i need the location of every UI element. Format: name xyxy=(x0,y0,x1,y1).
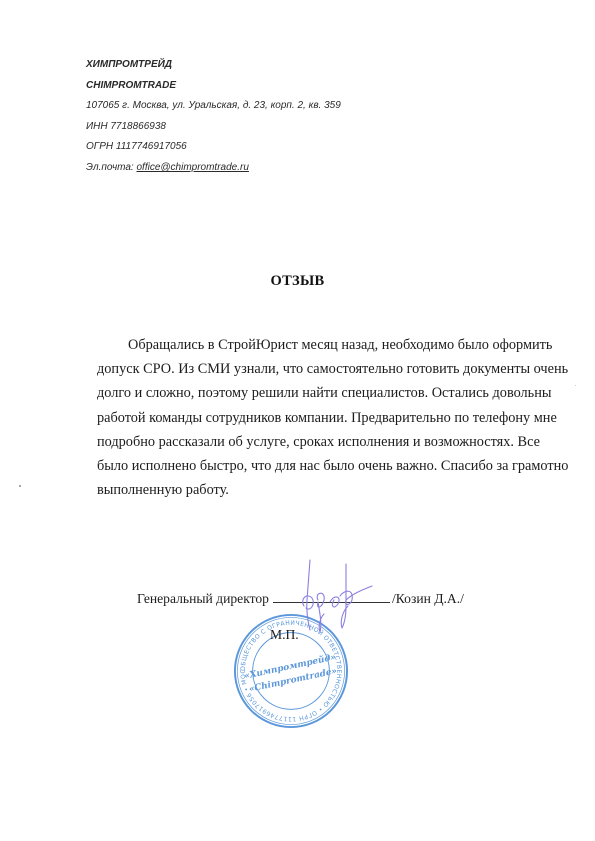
company-ogrn: ОГРН 1117746917056 xyxy=(86,137,341,158)
scan-artifact xyxy=(575,385,576,386)
document-title: ОТЗЫВ xyxy=(0,273,595,290)
company-email-row: Эл.почта: office@chimpromtrade.ru xyxy=(86,158,341,179)
body-line: работой команды сотрудников компании. Пр… xyxy=(97,406,567,430)
handwritten-signature-icon xyxy=(296,556,376,634)
company-name-en: CHIMPROMTRADE xyxy=(86,76,341,97)
email-label: Эл.почта: xyxy=(86,162,136,173)
email-link[interactable]: office@chimpromtrade.ru xyxy=(136,162,248,173)
seal-label: М.П. xyxy=(270,627,299,643)
body-line: долго и сложно, поэтому решили найти спе… xyxy=(97,381,567,405)
body-line: подробно рассказали об услуге, сроках ис… xyxy=(97,430,567,454)
company-address: 107065 г. Москва, ул. Уральская, д. 23, … xyxy=(86,96,341,117)
letterhead: ХИМПРОМТРЕЙД CHIMPROMTRADE 107065 г. Мос… xyxy=(86,55,341,179)
body-line: допуск СРО. Из СМИ узнали, что самостоят… xyxy=(97,357,567,381)
body-line: Обращались в СтройЮрист месяц назад, нео… xyxy=(97,333,567,357)
review-paragraph: Обращались в СтройЮрист месяц назад, нео… xyxy=(97,333,567,502)
scan-artifact xyxy=(19,485,21,487)
body-line: выполненную работу. xyxy=(97,478,567,502)
signer-name: /Козин Д.А./ xyxy=(392,591,464,607)
company-name-ru: ХИМПРОМТРЕЙД xyxy=(86,55,341,76)
signer-position: Генеральный директор xyxy=(137,591,269,607)
body-line: было исполнено быстро, что для нас было … xyxy=(97,454,567,478)
company-inn: ИНН 7718866938 xyxy=(86,117,341,138)
